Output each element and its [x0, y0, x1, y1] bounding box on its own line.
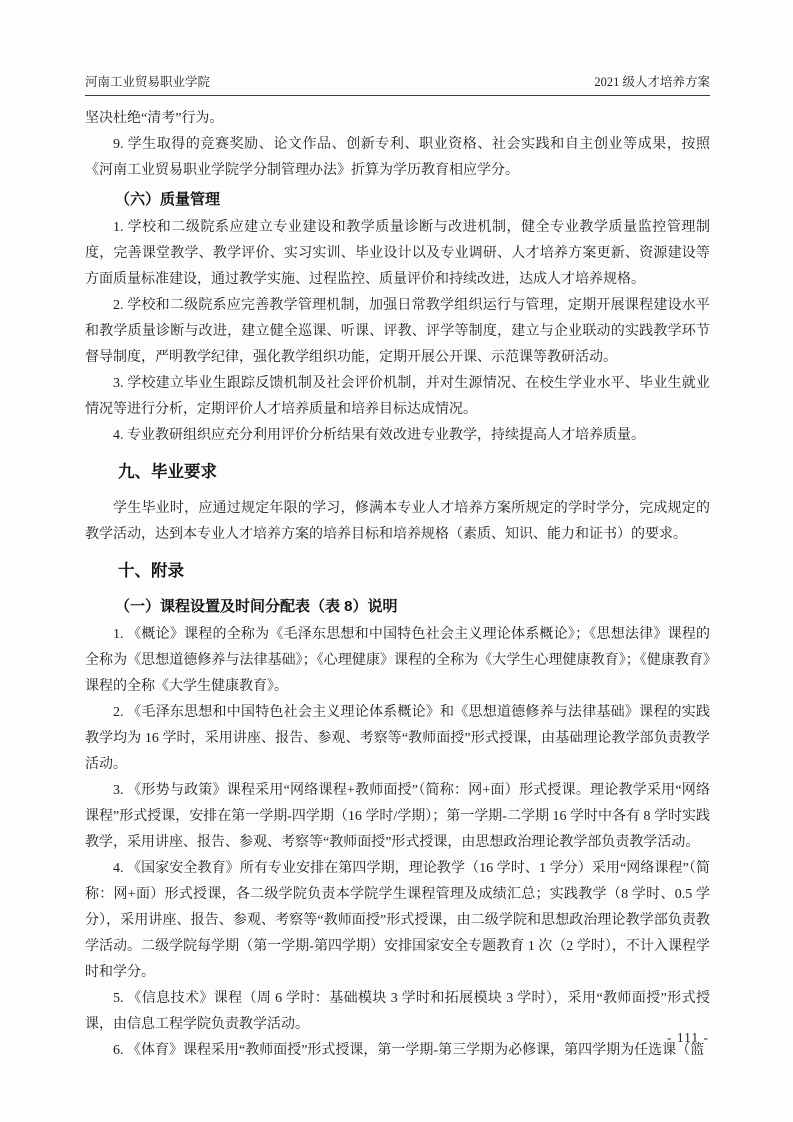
paragraph-quality-item-4: 4. 专业教研组织应充分利用评价分析结果有效改进专业教学，持续提高人才培养质量。 — [85, 423, 710, 449]
document-body: 坚决杜绝“清考”行为。 9. 学生取得的竞赛奖励、论文作品、创新专利、职业资格、… — [85, 106, 710, 1064]
paragraph-graduation-requirements: 学生毕业时，应通过规定年限的学习，修满本专业人才培养方案所规定的学时学分，完成规… — [85, 496, 710, 548]
paragraph-quality-item-3: 3. 学校建立毕业生跟踪反馈机制及社会评价机制，并对生源情况、在校生学业水平、毕… — [85, 371, 710, 423]
section-heading-course-schedule-notes: （一）课程设置及时间分配表（表 8）说明 — [85, 595, 710, 619]
chapter-heading-appendix: 十、附录 — [85, 559, 710, 583]
page-content-area: 河南工业贸易职业学院 2021 级人才培养方案 坚决杜绝“清考”行为。 9. 学… — [0, 0, 793, 1064]
document-page: 河南工业贸易职业学院 2021 级人才培养方案 坚决杜绝“清考”行为。 9. 学… — [0, 0, 793, 1122]
paragraph-quality-item-1: 1. 学校和二级院系应建立专业建设和教学质量诊断与改进机制，健全专业教学质量监控… — [85, 215, 710, 293]
paragraph-appendix-note-5: 5. 《信息技术》课程（周 6 学时：基础模块 3 学时和拓展模块 3 学时），… — [85, 986, 710, 1038]
paragraph-appendix-note-2: 2. 《毛泽东思想和中国特色社会主义理论体系概论》和《思想道德修养与法律基础》课… — [85, 700, 710, 778]
paragraph-quality-item-2: 2. 学校和二级院系应完善教学管理机制，加强日常教学组织运行与管理，定期开展课程… — [85, 293, 710, 371]
paragraph-appendix-note-4: 4. 《国家安全教育》所有专业安排在第四学期，理论教学（16 学时、1 学分）采… — [85, 856, 710, 986]
paragraph-appendix-note-1: 1. 《概论》课程的全称为《毛泽东思想和中国特色社会主义理论体系概论》；《思想法… — [85, 622, 710, 700]
section-heading-quality-management: （六）质量管理 — [85, 188, 710, 212]
paragraph-appendix-note-3: 3. 《形势与政策》课程采用“网络课程+教师面授”（简称：网+面）形式授课。理论… — [85, 778, 710, 856]
page-header: 河南工业贸易职业学院 2021 级人才培养方案 — [85, 74, 710, 96]
paragraph-continued-from-previous-page: 坚决杜绝“清考”行为。 — [85, 106, 710, 132]
chapter-heading-graduation-requirements: 九、毕业要求 — [85, 460, 710, 484]
header-school-name: 河南工业贸易职业学院 — [85, 74, 210, 90]
header-document-title: 2021 级人才培养方案 — [594, 74, 710, 90]
paragraph-appendix-note-6-truncated: 6. 《体育》课程采用“教师面授”形式授课，第一学期-第三学期为必修课，第四学期… — [85, 1038, 710, 1064]
page-number: - 111 - — [667, 1030, 709, 1046]
paragraph-item-9: 9. 学生取得的竞赛奖励、论文作品、创新专利、职业资格、社会实践和自主创业等成果… — [85, 132, 710, 184]
